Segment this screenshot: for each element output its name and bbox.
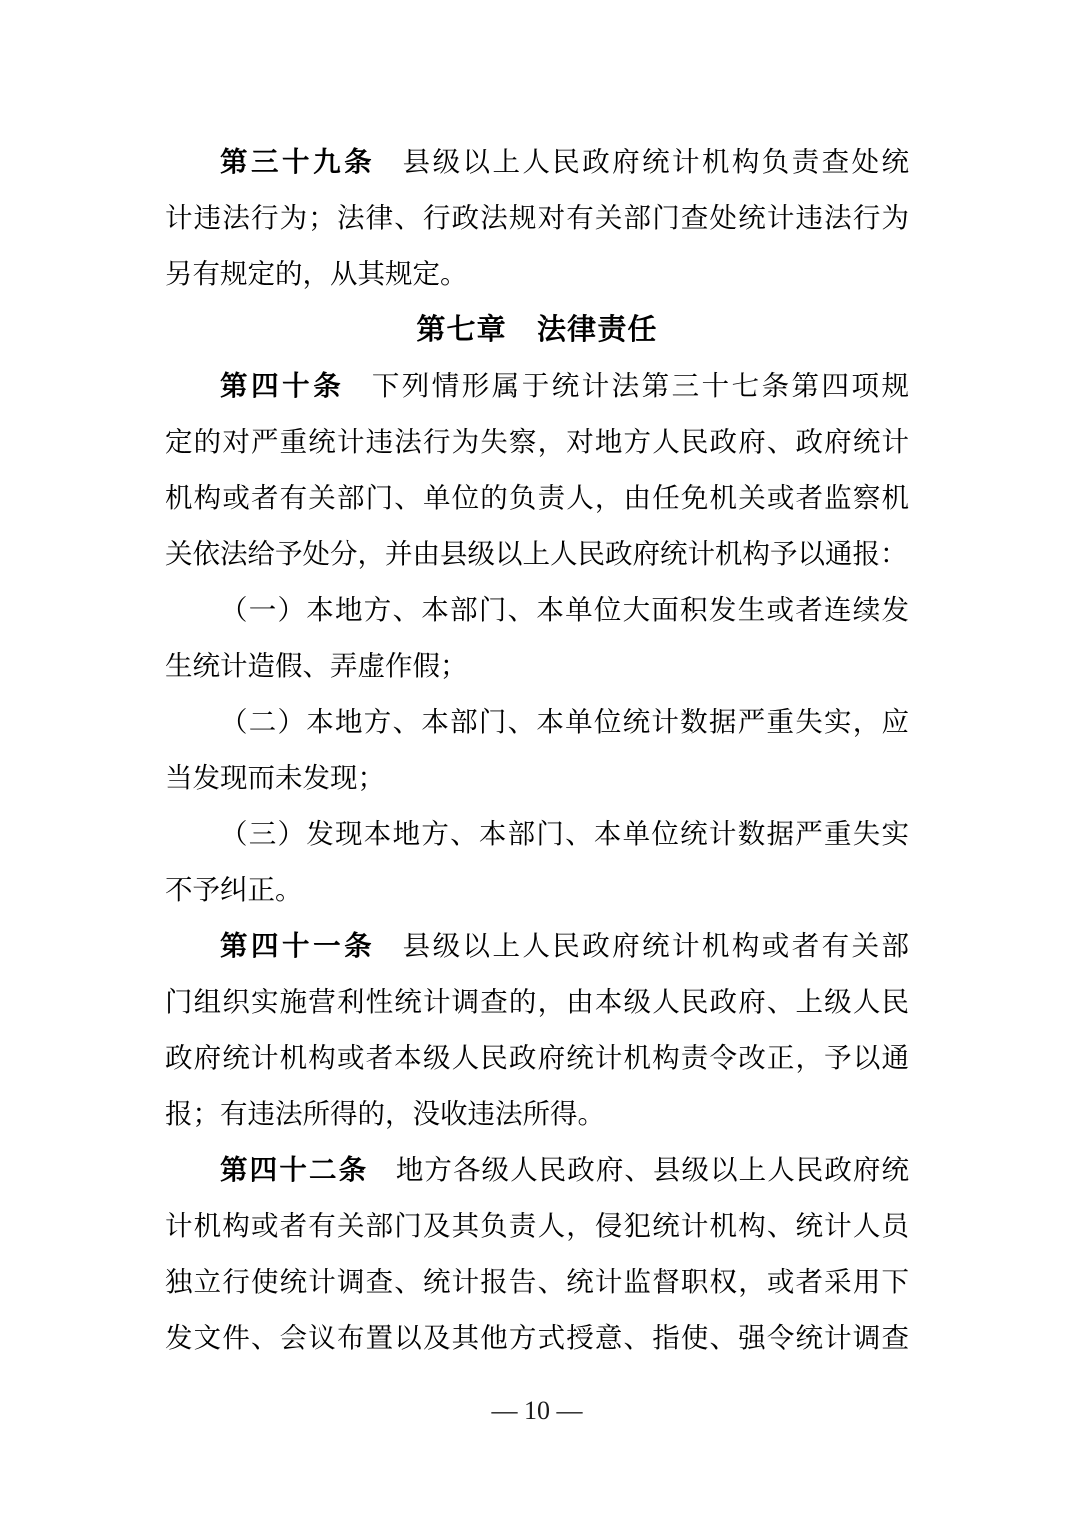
- list-item-paragraph: （一）本地方、本部门、本单位大面积发生或者连续发 生统计造假、弄虚作假；: [165, 582, 909, 694]
- text-line: 当发现而未发现；: [165, 750, 909, 806]
- article-paragraph: 第四十一条县级以上人民政府统计机构或者有关部 门组织实施营利性统计调查的，由本级…: [165, 918, 909, 1142]
- text-line: 计违法行为；法律、行政法规对有关部门查处统计违法行为: [165, 190, 909, 246]
- line-text: 县级以上人民政府统计机构或者有关部: [403, 930, 909, 961]
- article-number: 第三十九条: [220, 146, 375, 177]
- text-line: 第四十条下列情形属于统计法第三十七条第四项规: [165, 358, 909, 414]
- article-paragraph: 第四十二条地方各级人民政府、县级以上人民政府统 计机构或者有关部门及其负责人，侵…: [165, 1142, 909, 1366]
- text-line: 生统计造假、弄虚作假；: [165, 638, 909, 694]
- page-number: — 10 —: [0, 1396, 1074, 1426]
- article-paragraph: 第三十九条县级以上人民政府统计机构负责查处统 计违法行为；法律、行政法规对有关部…: [165, 134, 909, 302]
- article-number: 第四十一条: [220, 930, 375, 961]
- text-line: （一）本地方、本部门、本单位大面积发生或者连续发: [165, 582, 909, 638]
- list-item-paragraph: （二）本地方、本部门、本单位统计数据严重失实，应 当发现而未发现；: [165, 694, 909, 806]
- document-content: 第三十九条县级以上人民政府统计机构负责查处统 计违法行为；法律、行政法规对有关部…: [165, 134, 909, 1366]
- line-text: 县级以上人民政府统计机构负责查处统: [403, 146, 909, 177]
- chapter-heading: 第七章 法律责任: [165, 302, 909, 358]
- article-number: 第四十条: [220, 370, 344, 401]
- text-line: 报；有违法所得的，没收违法所得。: [165, 1086, 909, 1142]
- line-text: 下列情形属于统计法第三十七条第四项规: [372, 370, 909, 401]
- text-line: 门组织实施营利性统计调查的，由本级人民政府、上级人民: [165, 974, 909, 1030]
- text-line: 计机构或者有关部门及其负责人，侵犯统计机构、统计人员: [165, 1198, 909, 1254]
- text-line: 发文件、会议布置以及其他方式授意、指使、强令统计调查: [165, 1310, 909, 1366]
- line-text: 地方各级人民政府、县级以上人民政府统: [396, 1154, 909, 1185]
- text-line: 第四十一条县级以上人民政府统计机构或者有关部: [165, 918, 909, 974]
- list-item-paragraph: （三）发现本地方、本部门、本单位统计数据严重失实 不予纠正。: [165, 806, 909, 918]
- text-line: 政府统计机构或者本级人民政府统计机构责令改正，予以通: [165, 1030, 909, 1086]
- text-line: 机构或者有关部门、单位的负责人，由任免机关或者监察机: [165, 470, 909, 526]
- document-page: 第三十九条县级以上人民政府统计机构负责查处统 计违法行为；法律、行政法规对有关部…: [0, 0, 1074, 1520]
- article-paragraph: 第四十条下列情形属于统计法第三十七条第四项规 定的对严重统计违法行为失察，对地方…: [165, 358, 909, 582]
- text-line: 第三十九条县级以上人民政府统计机构负责查处统: [165, 134, 909, 190]
- text-line: 第四十二条地方各级人民政府、县级以上人民政府统: [165, 1142, 909, 1198]
- text-line: 另有规定的，从其规定。: [165, 246, 909, 302]
- text-line: 独立行使统计调查、统计报告、统计监督职权，或者采用下: [165, 1254, 909, 1310]
- text-line: 不予纠正。: [165, 862, 909, 918]
- text-line: （二）本地方、本部门、本单位统计数据严重失实，应: [165, 694, 909, 750]
- text-line: 定的对严重统计违法行为失察，对地方人民政府、政府统计: [165, 414, 909, 470]
- text-line: 关依法给予处分，并由县级以上人民政府统计机构予以通报：: [165, 526, 909, 582]
- text-line: （三）发现本地方、本部门、本单位统计数据严重失实: [165, 806, 909, 862]
- article-number: 第四十二条: [220, 1154, 368, 1185]
